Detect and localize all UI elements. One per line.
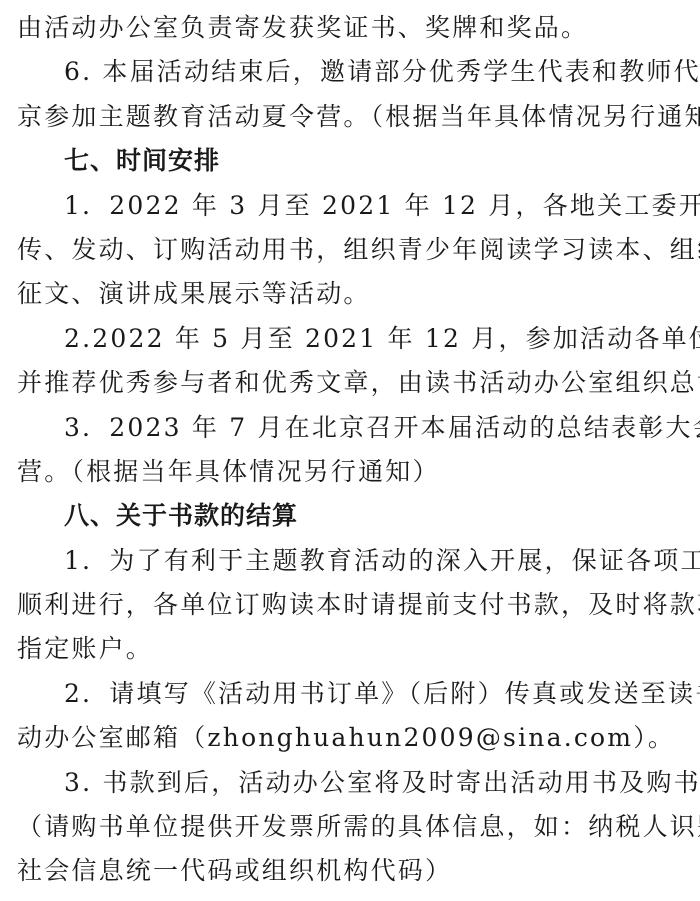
body-line-item-6-cont: 京参加主题教育活动夏令营。（根据当年具体情况另行通知）: [17, 95, 693, 139]
payment-item-2-email: 动办公室邮箱（zhonghuahun2009@sina.com）。: [17, 716, 693, 760]
schedule-item-3-cont: 营。（根据当年具体情况另行通知）: [17, 450, 693, 494]
payment-item-1: 1．为了有利于主题教育活动的深入开展，保证各项工作能: [17, 539, 693, 583]
payment-item-2: 2．请填写《活动用书订单》（后附）传真或发送至读书活: [17, 672, 693, 716]
section-heading-schedule: 七、时间安排: [17, 139, 693, 183]
payment-item-1-cont-b: 指定账户。: [17, 627, 693, 671]
schedule-item-1-cont-b: 征文、演讲成果展示等活动。: [17, 272, 693, 316]
payment-item-1-cont-a: 顺利进行，各单位订购读本时请提前支付书款，及时将款项汇入: [17, 583, 693, 627]
schedule-item-2: 2.2022 年 5 月至 2021 年 12 月，参加活动各单位进行初评，: [17, 317, 693, 361]
schedule-item-1: 1．2022 年 3 月至 2021 年 12 月，各地关工委开始组织、宣: [17, 184, 693, 228]
document-page: 由活动办公室负责寄发获奖证书、奖牌和奖品。 6. 本届活动结束后，邀请部分优秀学…: [17, 6, 693, 894]
body-line-item-6: 6. 本届活动结束后，邀请部分优秀学生代表和教师代表来: [17, 50, 693, 94]
schedule-item-1-cont-a: 传、发动、订购活动用书，组织青少年阅读学习读本、组织答卷、: [17, 228, 693, 272]
schedule-item-2-cont: 并推荐优秀参与者和优秀文章，由读书活动办公室组织总评。: [17, 361, 693, 405]
body-line-award-mailing: 由活动办公室负责寄发获奖证书、奖牌和奖品。: [17, 6, 693, 50]
section-heading-payment: 八、关于书款的结算: [17, 494, 693, 538]
payment-item-3-cont-a: （请购书单位提供开发票所需的具体信息，如：纳税人识别号、: [17, 805, 693, 849]
payment-item-3: 3. 书款到后，活动办公室将及时寄出活动用书及购书发票。: [17, 761, 693, 805]
schedule-item-3: 3．2023 年 7 月在北京召开本届活动的总结表彰大会暨夏令: [17, 406, 693, 450]
payment-item-3-cont-b: 社会信息统一代码或组织机构代码）: [17, 849, 693, 893]
